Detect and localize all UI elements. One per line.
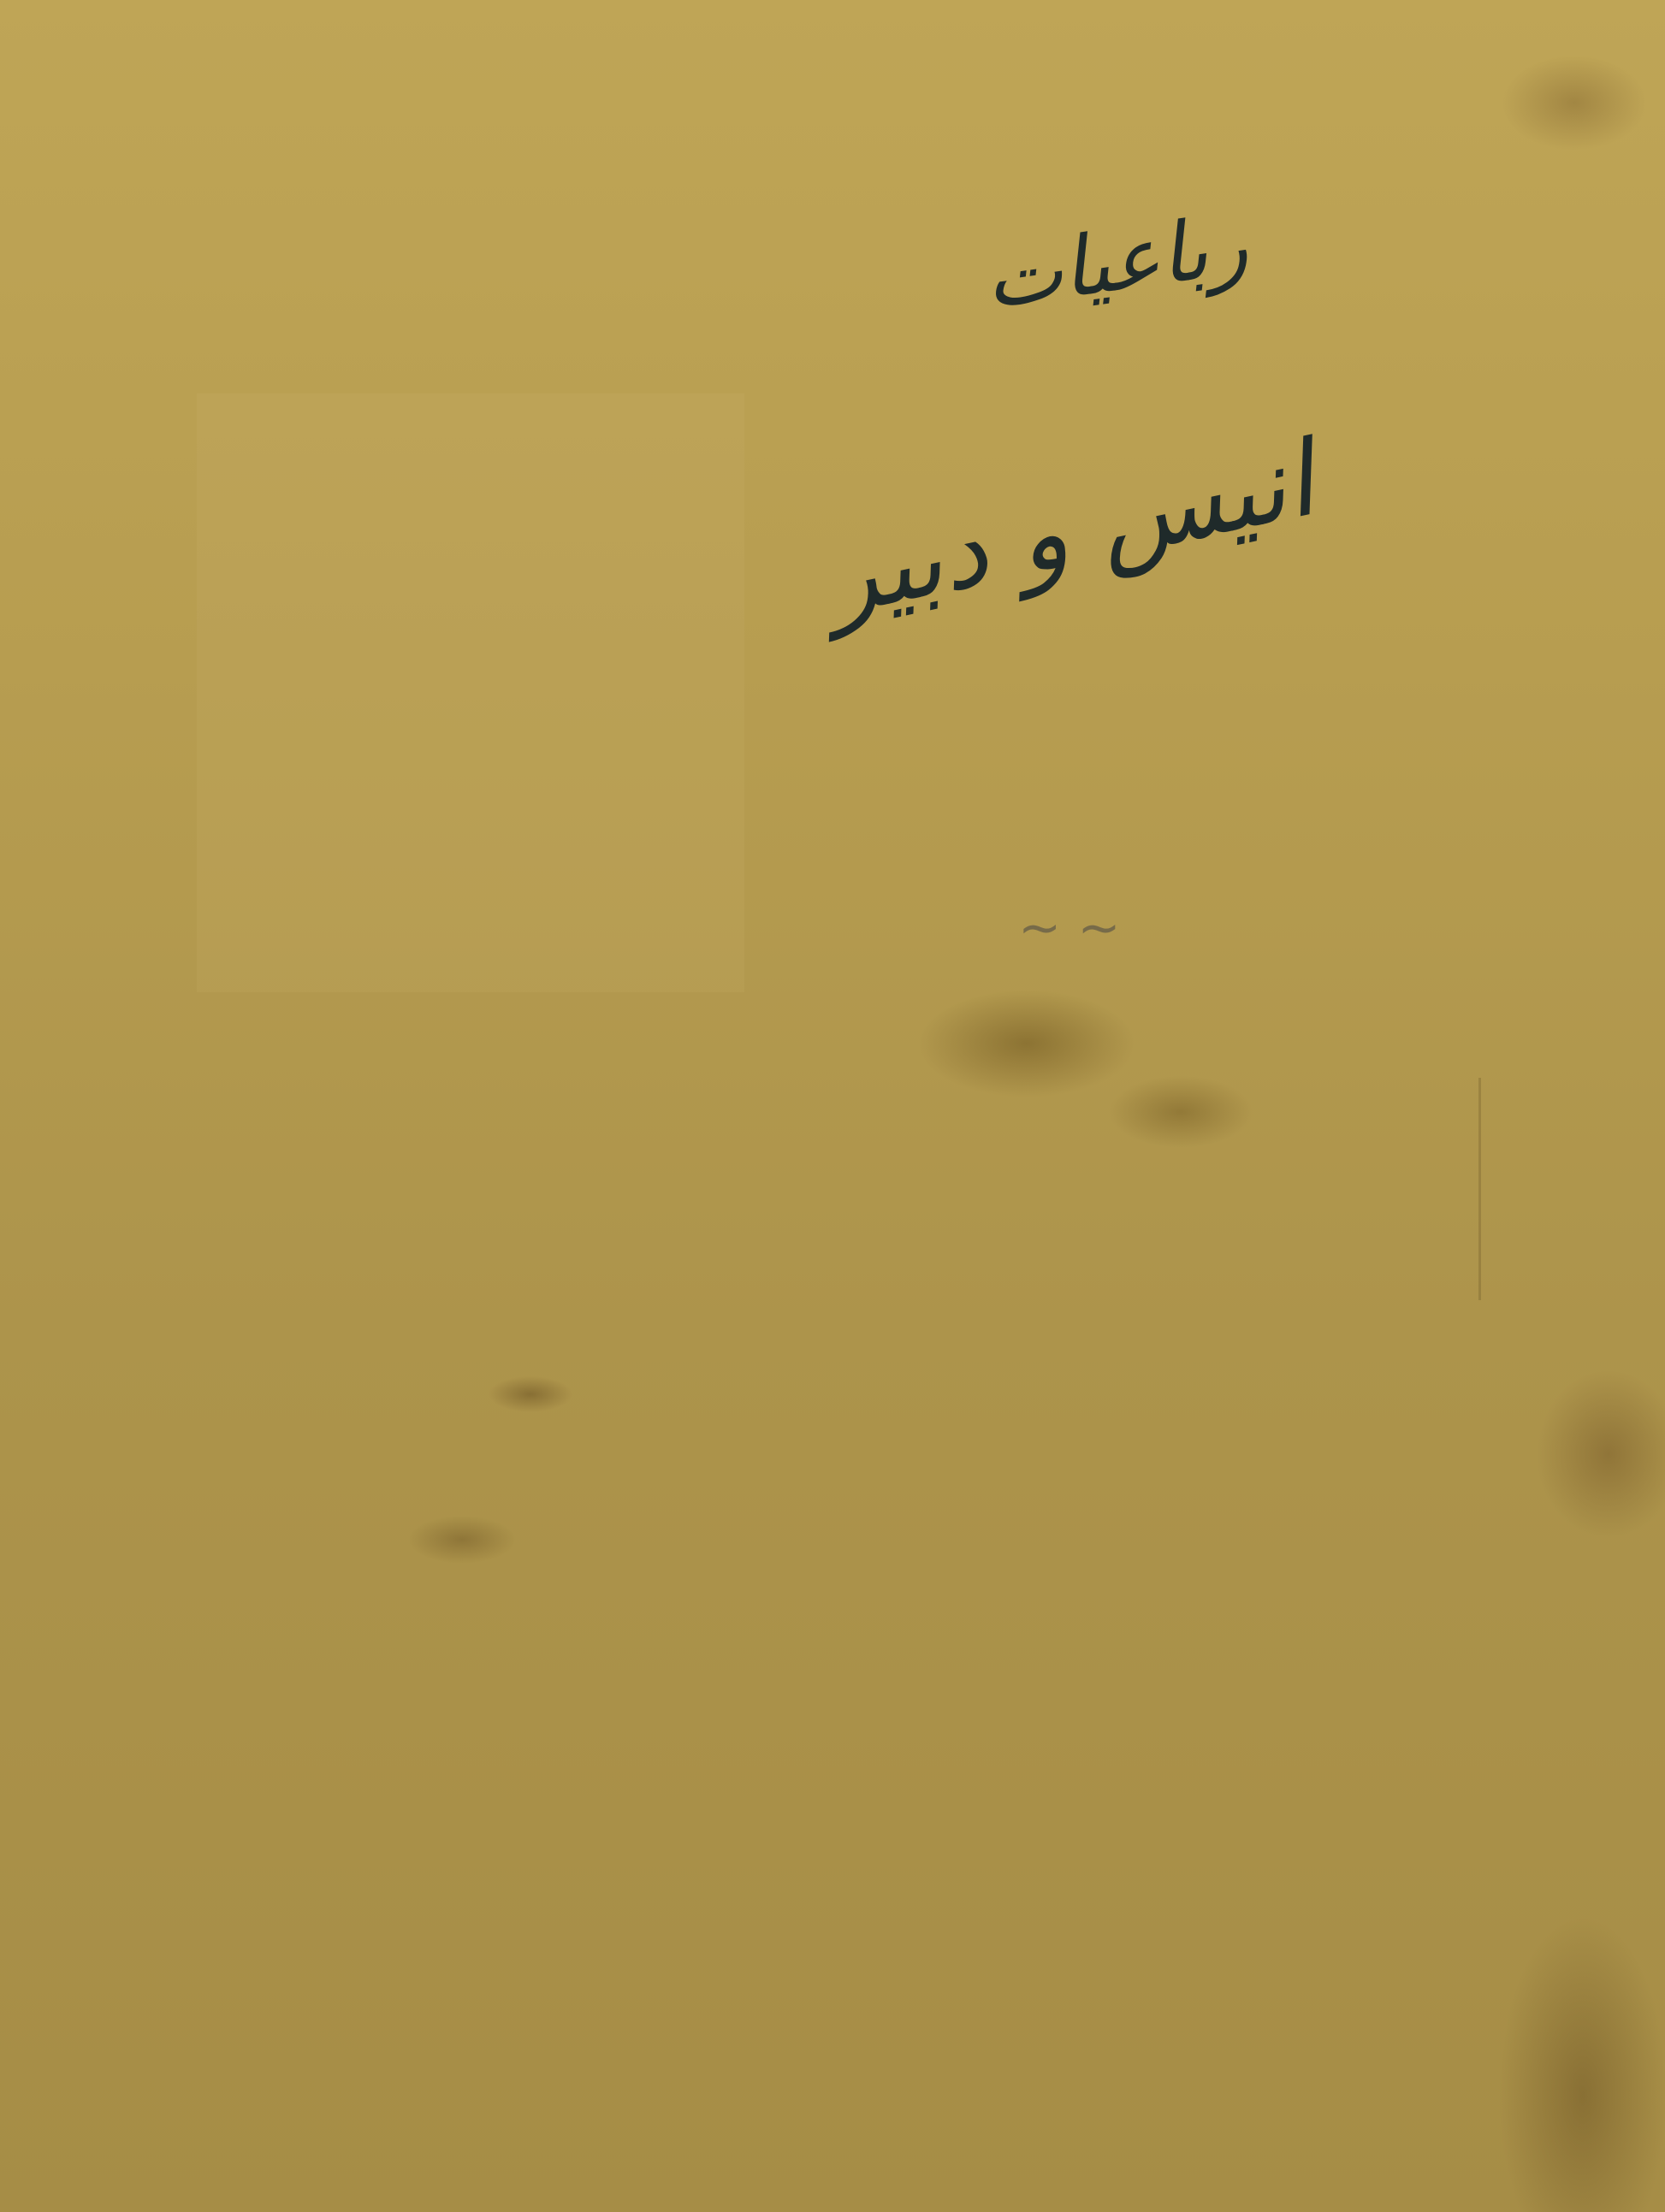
aged-paper-background bbox=[0, 0, 1665, 2212]
lighter-paper-patch bbox=[197, 393, 744, 992]
faint-pencil-mark: ~ ~ bbox=[1018, 898, 1326, 949]
paper-crease bbox=[1478, 1078, 1481, 1300]
